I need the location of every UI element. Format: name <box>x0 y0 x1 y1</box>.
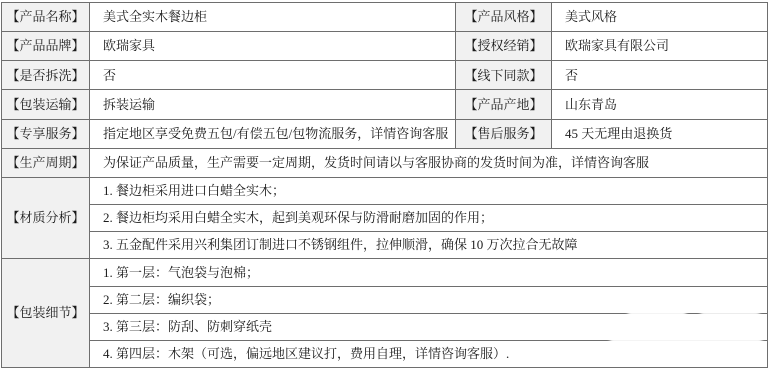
row-label: 【产品品牌】 <box>2 32 90 61</box>
row-label: 【产品名称】 <box>2 3 90 32</box>
material-line: 1. 餐边柜采用进口白蜡全实木； <box>90 177 768 204</box>
row-value: 欧瑞家具 <box>90 32 456 61</box>
row-label: 【产品风格】 <box>456 3 552 32</box>
row-label: 【生产周期】 <box>2 148 90 177</box>
row-value: 否 <box>552 61 768 90</box>
packing-line: 4. 第四层：木架（可选，偏远地区建议打，费用自理，详情咨询客服）. <box>90 340 768 367</box>
material-line: 2. 餐边柜均采用白蜡全实木，起到美观环保与防滑耐磨加固的作用； <box>90 205 768 232</box>
table-row: 3. 五金配件采用兴利集团订制进口不锈钢组件，拉伸顺滑，确保 10 万次拉合无故… <box>2 232 768 259</box>
row-label: 【售后服务】 <box>456 119 552 148</box>
packing-line: 2. 第二层：编织袋； <box>90 286 768 313</box>
packing-line: 1. 第一层：气泡袋与泡棉； <box>90 259 768 286</box>
row-value: 欧瑞家具有限公司 <box>552 32 768 61</box>
table-row: 【产品品牌】 欧瑞家具 【授权经销】 欧瑞家具有限公司 <box>2 32 768 61</box>
row-label: 【线下同款】 <box>456 61 552 90</box>
row-value: 否 <box>90 61 456 90</box>
row-label: 【是否拆洗】 <box>2 61 90 90</box>
table-row: 4. 第四层：木架（可选，偏远地区建议打，费用自理，详情咨询客服）. <box>2 340 768 367</box>
row-label: 【授权经销】 <box>456 32 552 61</box>
packing-line: 3. 第三层：防刮、防刺穿纸壳 <box>90 313 768 340</box>
row-value: 拆装运输 <box>90 90 456 119</box>
row-label: 【包装运输】 <box>2 90 90 119</box>
product-spec-page: 【产品名称】 美式全实木餐边柜 【产品风格】 美式风格 【产品品牌】 欧瑞家具 … <box>0 0 770 370</box>
row-label: 【材质分析】 <box>2 177 90 258</box>
table-row: 【生产周期】 为保证产品质量，生产需要一定周期，发货时间请以与客服协商的发货时间… <box>2 148 768 177</box>
row-label: 【产品产地】 <box>456 90 552 119</box>
row-value: 指定地区享受免费五包/有偿五包/包物流服务，详情咨询客服 <box>90 119 456 148</box>
table-row: 【是否拆洗】 否 【线下同款】 否 <box>2 61 768 90</box>
material-line: 3. 五金配件采用兴利集团订制进口不锈钢组件，拉伸顺滑，确保 10 万次拉合无故… <box>90 232 768 259</box>
table-row: 【包装细节】 1. 第一层：气泡袋与泡棉； <box>2 259 768 286</box>
row-value: 山东青岛 <box>552 90 768 119</box>
table-row: 【包装运输】 拆装运输 【产品产地】 山东青岛 <box>2 90 768 119</box>
table-row: 【专享服务】 指定地区享受免费五包/有偿五包/包物流服务，详情咨询客服 【售后服… <box>2 119 768 148</box>
row-value: 45 天无理由退换货 <box>552 119 768 148</box>
row-value: 美式全实木餐边柜 <box>90 3 456 32</box>
table-row: 2. 第二层：编织袋； <box>2 286 768 313</box>
table-row: 【产品名称】 美式全实木餐边柜 【产品风格】 美式风格 <box>2 3 768 32</box>
product-spec-table: 【产品名称】 美式全实木餐边柜 【产品风格】 美式风格 【产品品牌】 欧瑞家具 … <box>1 2 768 368</box>
row-label: 【专享服务】 <box>2 119 90 148</box>
row-label: 【包装细节】 <box>2 259 90 368</box>
table-row: 【材质分析】 1. 餐边柜采用进口白蜡全实木； <box>2 177 768 204</box>
table-row: 2. 餐边柜均采用白蜡全实木，起到美观环保与防滑耐磨加固的作用； <box>2 205 768 232</box>
row-value: 美式风格 <box>552 3 768 32</box>
row-value: 为保证产品质量，生产需要一定周期，发货时间请以与客服协商的发货时间为准，详情咨询… <box>90 148 768 177</box>
table-row: 3. 第三层：防刮、防刺穿纸壳 <box>2 313 768 340</box>
